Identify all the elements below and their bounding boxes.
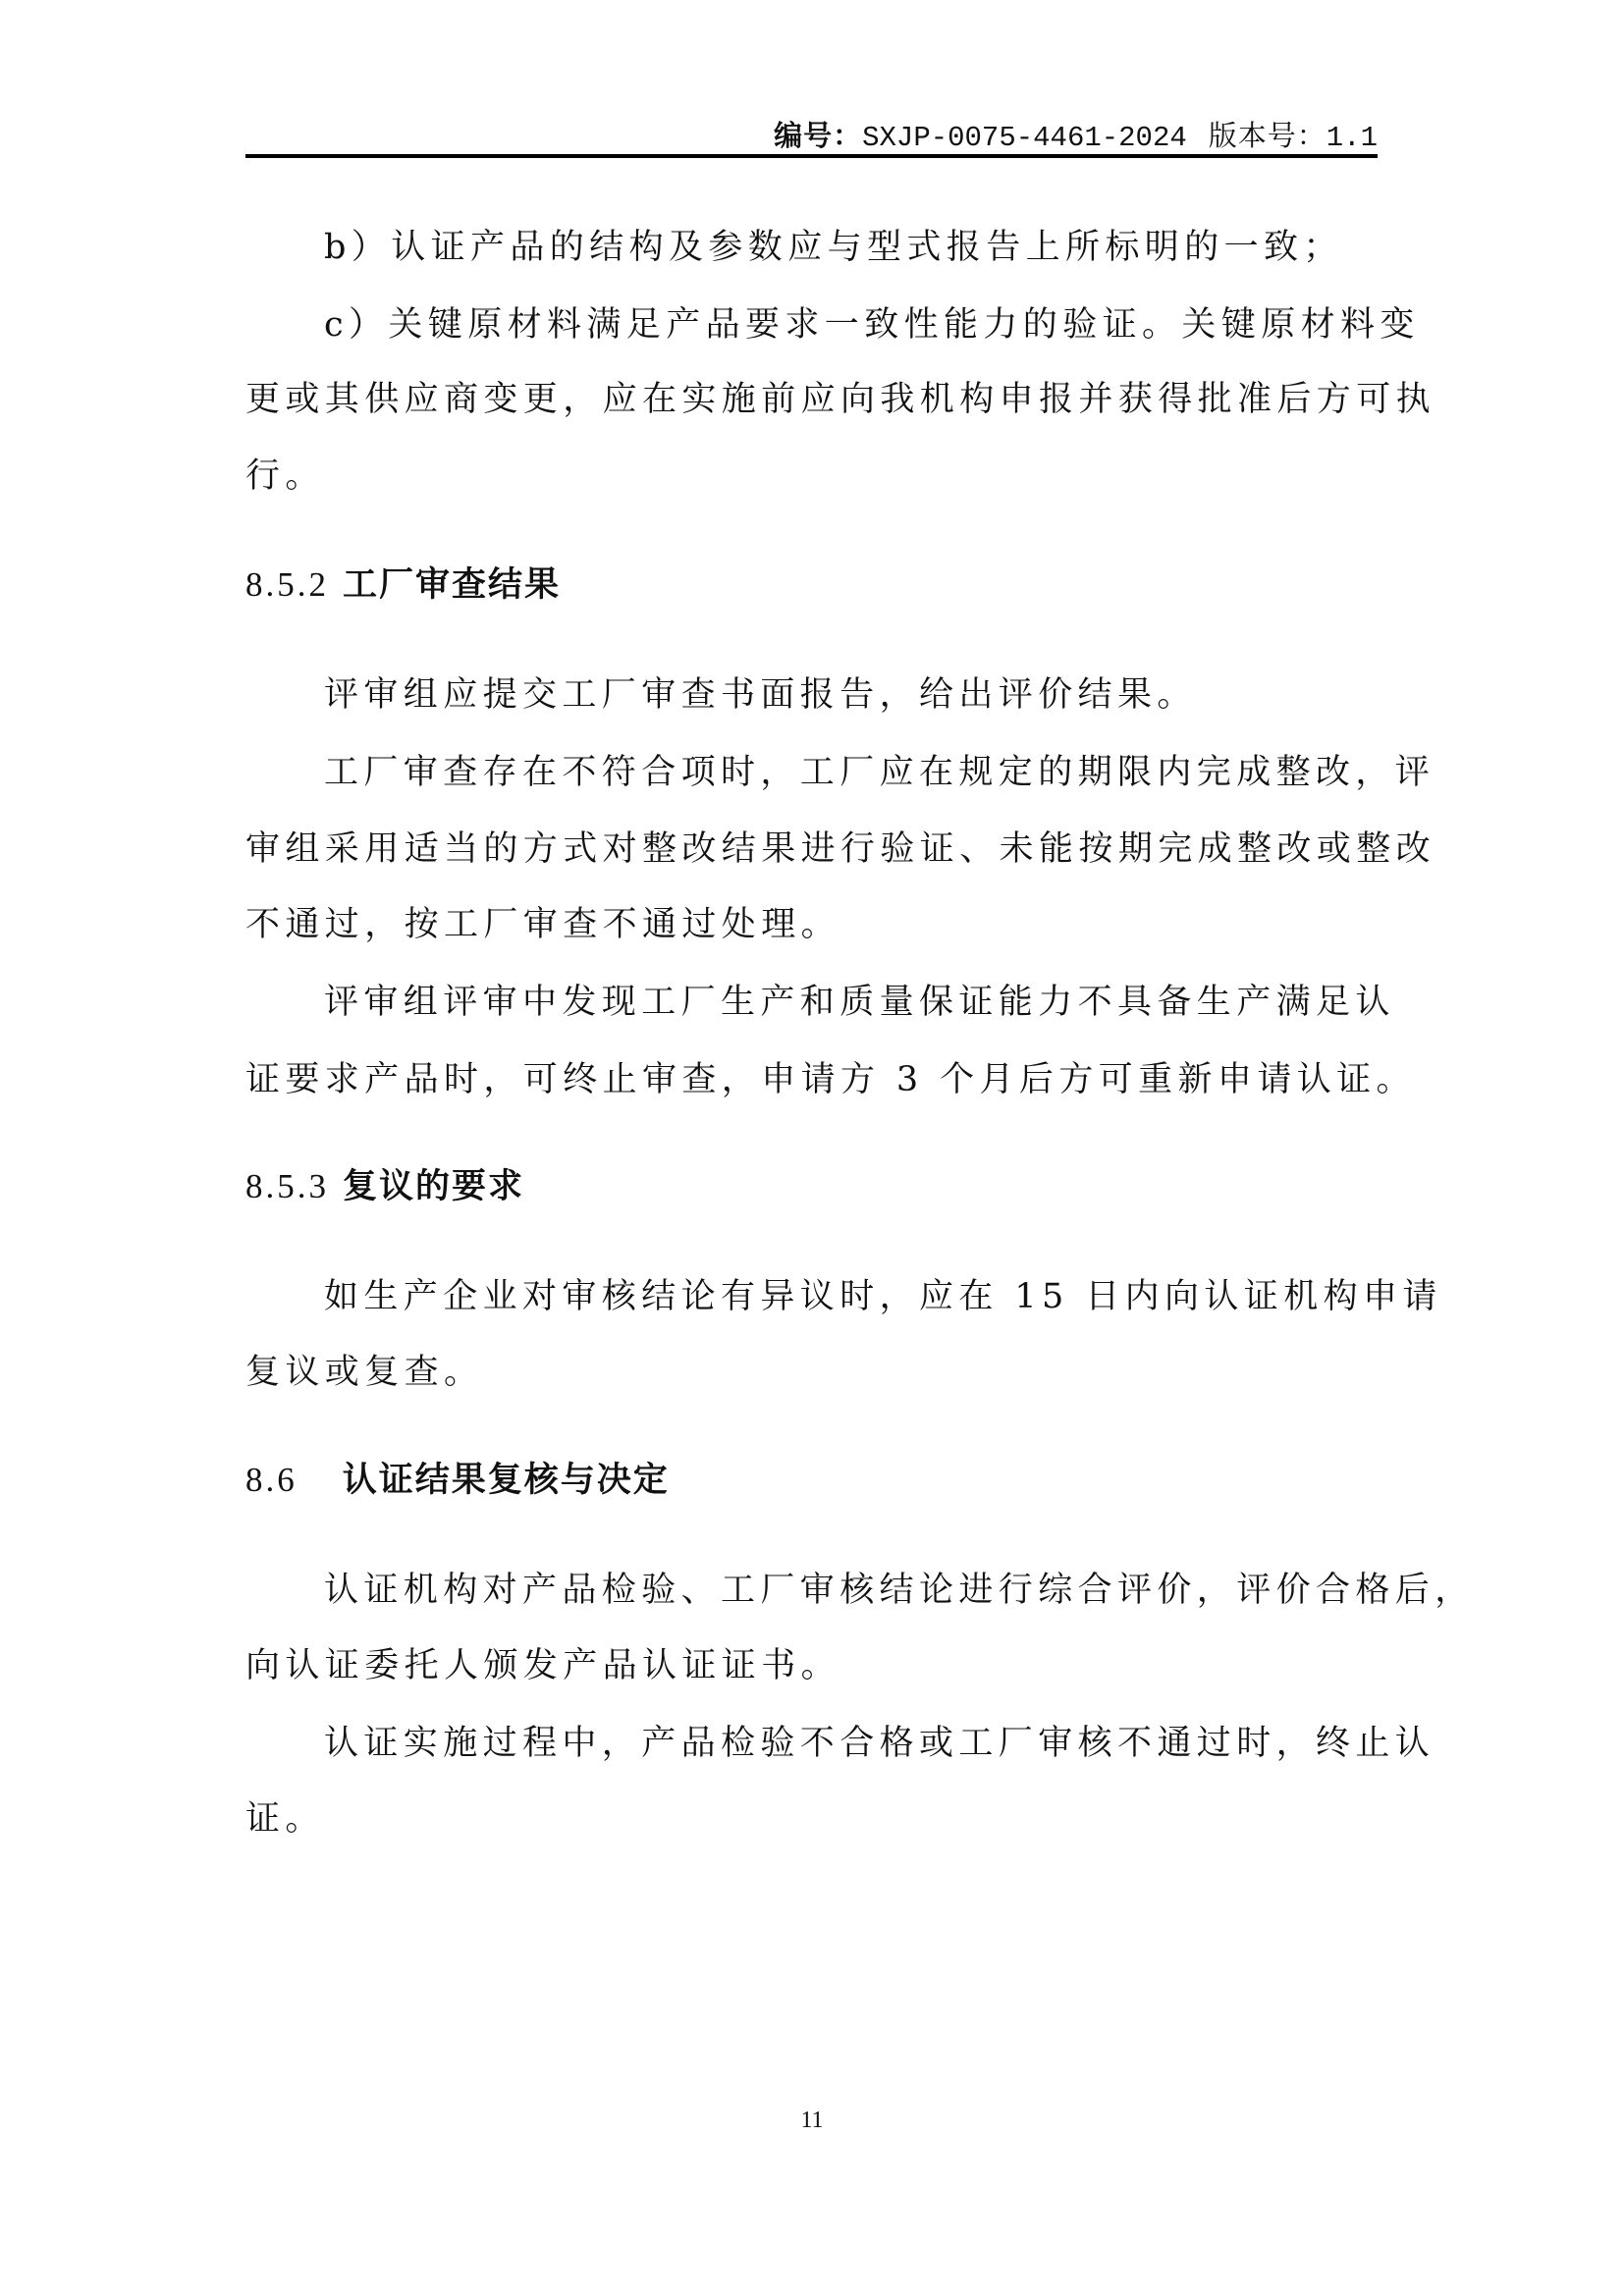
item-c-line-3: 行。 — [245, 454, 1378, 498]
section-title: 工厂审查结果 — [343, 565, 561, 605]
paragraph-line: 工厂审查存在不符合项时，工厂应在规定的期限内完成整改，评 — [324, 751, 1378, 794]
paragraph-line: 不通过，按工厂审查不通过处理。 — [245, 903, 1378, 946]
section-heading-8-6: 8.6认证结果复核与决定 — [245, 1459, 670, 1502]
page-header: 编号：SXJP-0075-4461-2024版本号：1.1 — [245, 116, 1378, 155]
document-code-label: 编号： — [774, 119, 862, 152]
header-rule — [245, 154, 1378, 158]
paragraph-line: 认证实施过程中，产品检验不合格或工厂审核不通过时，终止认 — [324, 1722, 1378, 1765]
version-label: 版本号： — [1209, 121, 1326, 152]
document-page: 编号：SXJP-0075-4461-2024版本号：1.1 b）认证产品的结构及… — [0, 0, 1624, 2296]
section-number: 8.6 — [245, 1461, 298, 1499]
paragraph-line: 证。 — [245, 1797, 1378, 1841]
item-c-line-1: c）关键原材料满足产品要求一致性能力的验证。关键原材料变 — [324, 303, 1378, 347]
paragraph-line: 审组采用适当的方式对整改结果进行验证、未能按期完成整改或整改 — [245, 828, 1378, 871]
section-title: 认证结果复核与决定 — [343, 1461, 670, 1500]
paragraph-line: 评审组评审中发现工厂生产和质量保证能力不具备生产满足认 — [324, 981, 1378, 1024]
section-number: 8.5.3 — [245, 1167, 329, 1205]
section-heading-8-5-3: 8.5.3复议的要求 — [245, 1165, 524, 1208]
paragraph-line: 向认证委托人颁发产品认证证书。 — [245, 1644, 1378, 1687]
paragraph-line: 认证机构对产品检验、工厂审核结论进行综合评价，评价合格后， — [324, 1569, 1378, 1612]
item-b: b）认证产品的结构及参数应与型式报告上所标明的一致； — [324, 226, 1378, 269]
section-heading-8-5-2: 8.5.2工厂审查结果 — [245, 563, 561, 607]
paragraph-line: 证要求产品时，可终止审查，申请方 3 个月后方可重新申请认证。 — [245, 1058, 1378, 1101]
version-value: 1.1 — [1326, 122, 1378, 154]
paragraph-line: 复议或复查。 — [245, 1351, 1378, 1394]
paragraph-line: 如生产企业对审核结论有异议时，应在 15 日内向认证机构申请 — [324, 1275, 1378, 1318]
section-title: 复议的要求 — [343, 1167, 524, 1206]
item-c-line-2: 更或其供应商变更，应在实施前应向我机构申报并获得批准后方可执 — [245, 378, 1378, 421]
document-code-value: SXJP-0075-4461-2024 — [862, 122, 1187, 154]
section-number: 8.5.2 — [245, 565, 329, 604]
paragraph-line: 评审组应提交工厂审查书面报告，给出评价结果。 — [324, 673, 1378, 717]
page-number: 11 — [0, 2106, 1624, 2135]
